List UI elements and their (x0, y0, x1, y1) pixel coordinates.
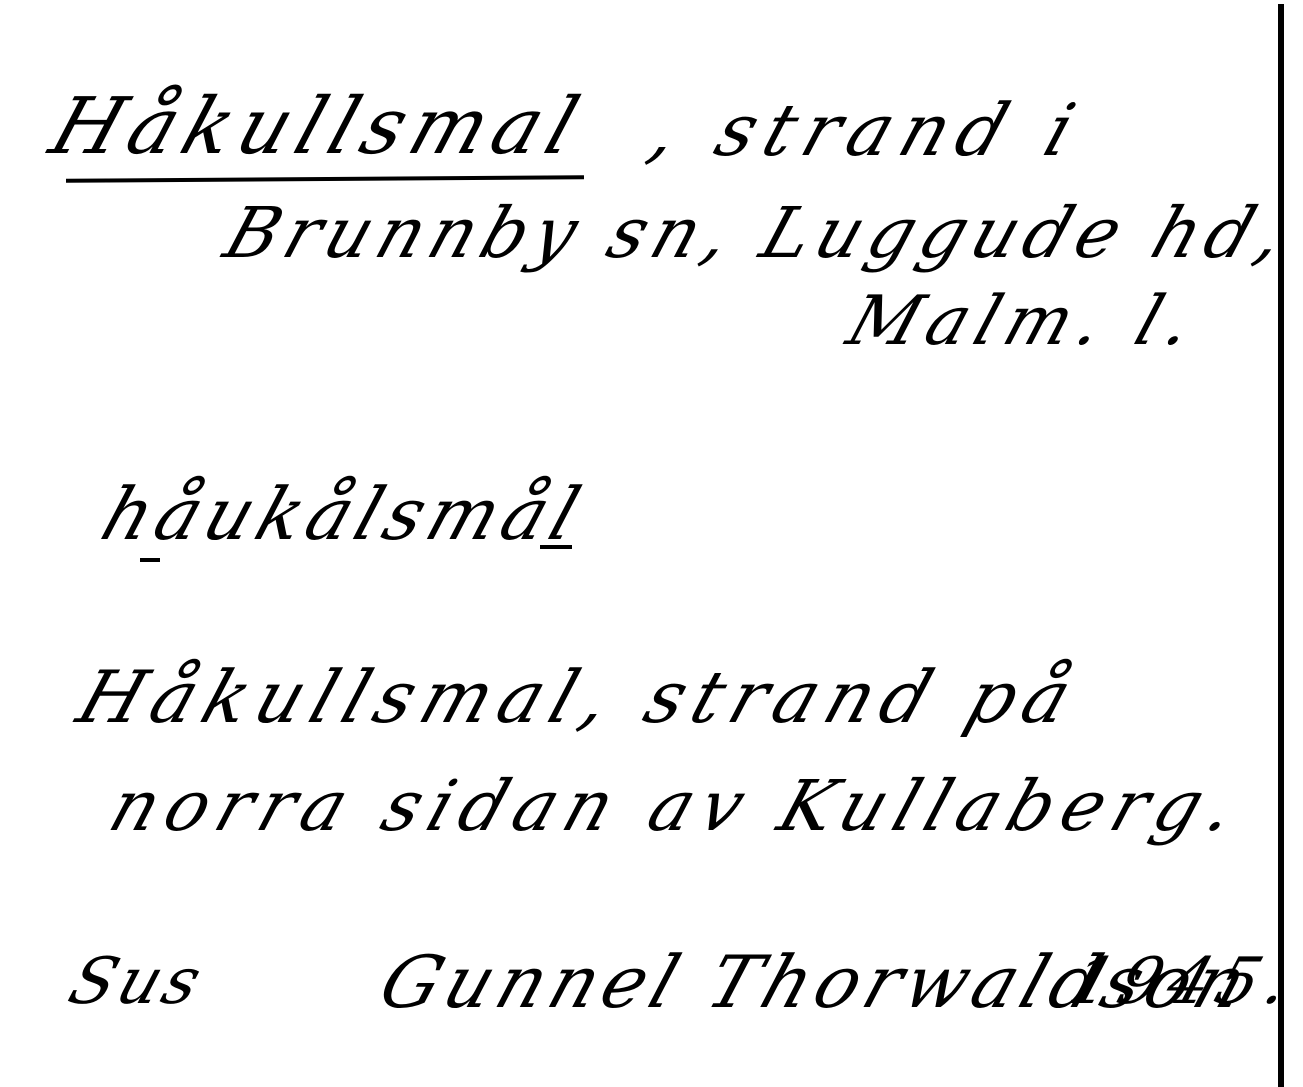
headword-underline (66, 175, 584, 183)
document-card: Håkullsmal , strand i Brunnby sn, Luggud… (0, 0, 1303, 1087)
entry1-description: , strand i (640, 88, 1095, 172)
source-abbreviation: Sus (60, 945, 214, 1019)
phonetic-length-mark (140, 558, 160, 562)
entry1-location: Brunnby sn, Luggude hd, (215, 192, 1302, 274)
headword: Håkullsmal (40, 82, 597, 172)
entry1-county: Malm. l. (838, 282, 1211, 361)
phonetic-transcription: håukålsmål (92, 472, 596, 556)
card-edge-border (1278, 4, 1284, 1087)
collection-year: 1945. (1060, 945, 1303, 1019)
entry2-line1: Håkullsmal, strand på (68, 655, 1091, 739)
phonetic-length-mark (540, 545, 572, 549)
entry2-line2: norra sidan av Kullaberg. (100, 765, 1255, 847)
